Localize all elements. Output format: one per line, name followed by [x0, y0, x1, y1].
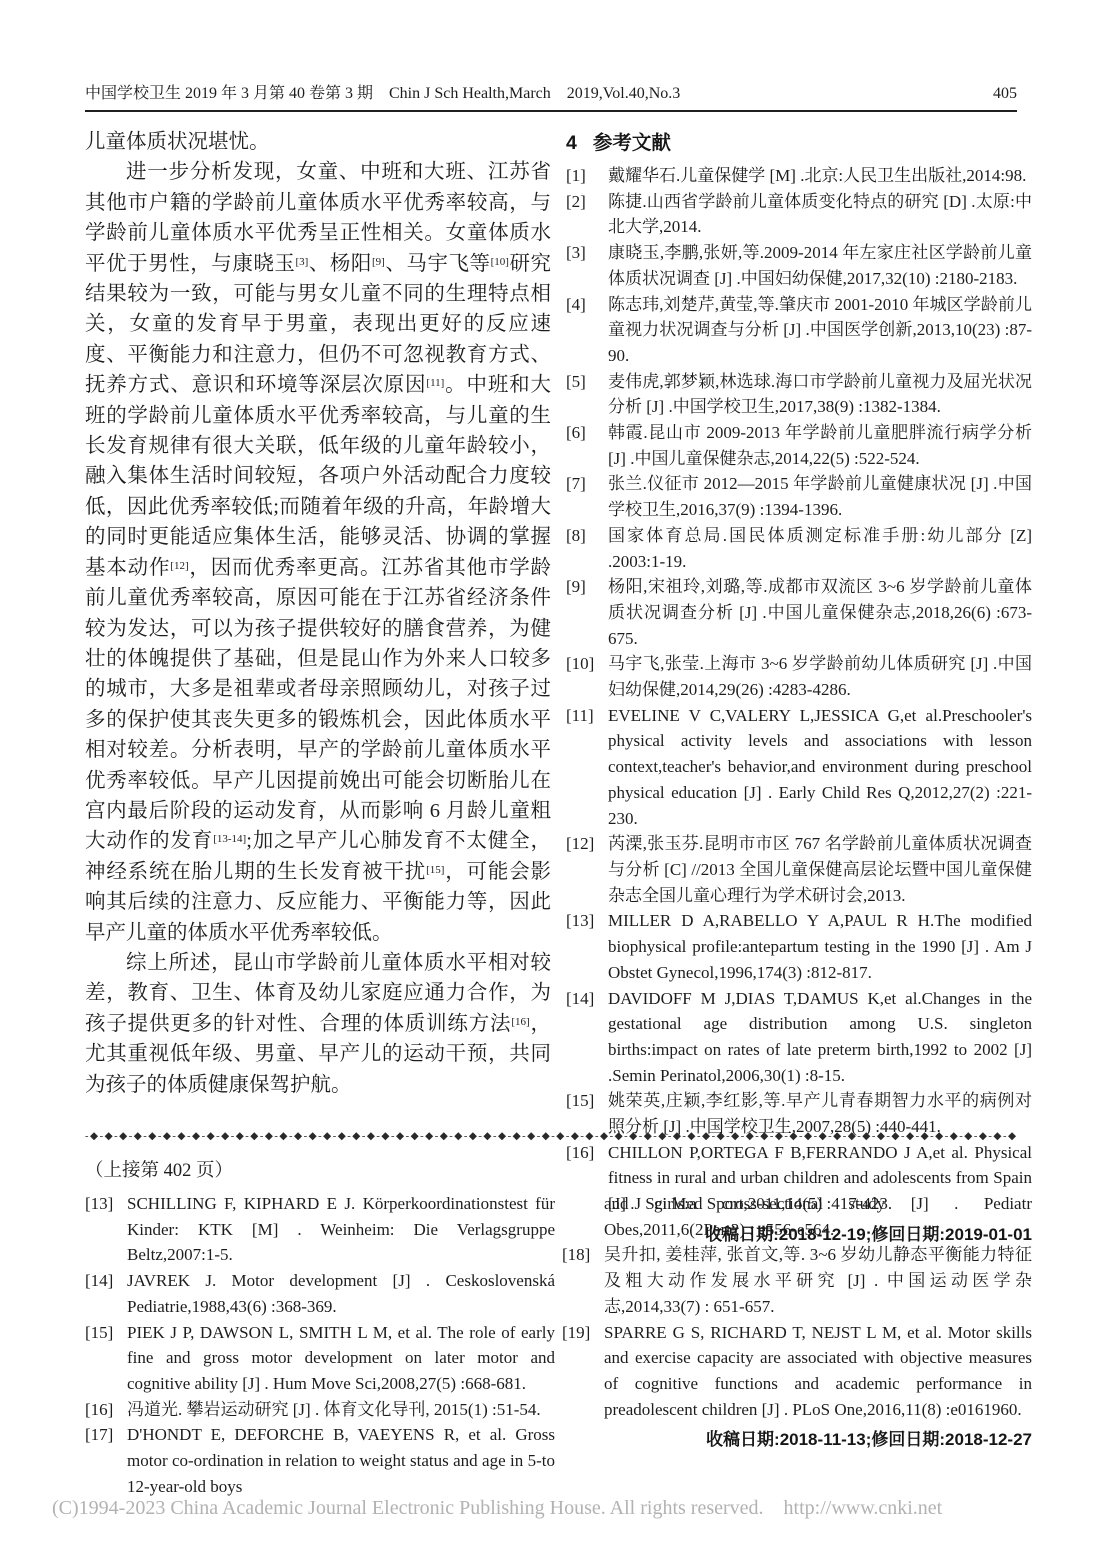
- reference-text: 马宇飞,张莹.上海市 3~6 岁学龄前幼儿体质研究 [J] .中国妇幼保健,20…: [608, 654, 1032, 699]
- reference-text: 杨阳,宋祖玲,刘璐,等.成都市双流区 3~6 岁学龄前儿童体质状况调查分析 [J…: [608, 577, 1032, 647]
- reference-number: [14]: [566, 986, 594, 1012]
- reference-item: [14]DAVIDOFF M J,DIAS T,DAMUS K,et al.Ch…: [566, 986, 1032, 1089]
- reference-number: [5]: [566, 369, 586, 395]
- reference-number: [14]: [85, 1268, 113, 1294]
- body-paragraph: 综上所述，昆山市学龄前儿童体质水平相对较差，教育、卫生、体育及幼儿家庭应通力合作…: [85, 948, 551, 1100]
- reference-text: 康晓玉,李鹏,张妍,等.2009-2014 年左家庄社区学龄前儿童体质状况调查 …: [608, 243, 1032, 288]
- page: 中国学校卫生 2019 年 3 月第 40 卷第 3 期 Chin J Sch …: [0, 0, 1102, 1559]
- page-header: 中国学校卫生 2019 年 3 月第 40 卷第 3 期 Chin J Sch …: [85, 80, 1017, 112]
- reference-number: [12]: [566, 831, 594, 857]
- reference-text: D'HONDT E, DEFORCHE B, VAEYENS R, et al.…: [127, 1425, 555, 1495]
- reference-number: [8]: [566, 523, 586, 549]
- reference-text: 国家体育总局.国民体质测定标准手册:幼儿部分 [Z] .2003:1-19.: [608, 526, 1032, 571]
- reference-text: SPARRE G S, RICHARD T, NEJST L M, et al.…: [604, 1323, 1032, 1419]
- citation-superscript: [16]: [511, 1016, 529, 1028]
- reference-item: [2]陈捷.山西省学龄前儿童体质变化特点的研究 [D] .太原:中北大学,201…: [566, 189, 1032, 240]
- reference-number: [7]: [566, 471, 586, 497]
- section-number: 4: [566, 132, 577, 154]
- reference-item: [17]D'HONDT E, DEFORCHE B, VAEYENS R, et…: [85, 1422, 555, 1499]
- page-number: 405: [993, 85, 1017, 103]
- reference-item: [14]JAVREK J. Motor development [J] . Ce…: [85, 1268, 555, 1319]
- reference-number: [4]: [566, 292, 586, 318]
- reference-number: [1]: [566, 163, 586, 189]
- reference-text: JAVREK J. Motor development [J] . Ceskos…: [127, 1271, 555, 1316]
- continued-left-column: [13]SCHILLING F, KIPHARD E J. Körperkoor…: [85, 1191, 555, 1499]
- reference-item: [4]陈志玮,刘楚芹,黄莹,等.肇庆市 2001-2010 年城区学龄前儿童视力…: [566, 292, 1032, 369]
- reference-number: [17]: [85, 1422, 113, 1448]
- reference-number: [10]: [566, 651, 594, 677]
- reference-item: [10]马宇飞,张莹.上海市 3~6 岁学龄前幼儿体质研究 [J] .中国妇幼保…: [566, 651, 1032, 702]
- citation-superscript: [9]: [372, 256, 385, 268]
- reference-item: [11]EVELINE V C,VALERY L,JESSICA G,et al…: [566, 703, 1032, 832]
- reference-item: [16]冯道光. 攀岩运动研究 [J] . 体育文化导刊, 2015(1) :5…: [85, 1397, 555, 1423]
- reference-number: [15]: [85, 1320, 113, 1346]
- reference-item: [3]康晓玉,李鹏,张妍,等.2009-2014 年左家庄社区学龄前儿童体质状况…: [566, 240, 1032, 291]
- reference-item: [13]MILLER D A,RABELLO Y A,PAUL R H.The …: [566, 908, 1032, 985]
- references-list: [1]戴耀华石.儿童保健学 [M] .北京:人民卫生出版社,2014:98.[2…: [566, 163, 1032, 1217]
- reference-number: [16]: [85, 1397, 113, 1423]
- section-title: 参考文献: [593, 132, 671, 154]
- reference-text: and girls:a cross-sectional study [J] . …: [604, 1194, 1032, 1239]
- citation-superscript: [13-14]: [213, 833, 246, 845]
- continued-right-column: and girls:a cross-sectional study [J] . …: [562, 1191, 1032, 1450]
- references-column: 4参考文献 [1]戴耀华石.儿童保健学 [M] .北京:人民卫生出版社,2014…: [566, 127, 1032, 1245]
- reference-item: [1]戴耀华石.儿童保健学 [M] .北京:人民卫生出版社,2014:98.: [566, 163, 1032, 189]
- page-footer: (C)1994-2023 China Academic Journal Elec…: [52, 1491, 1052, 1520]
- reference-item: [19]SPARRE G S, RICHARD T, NEJST L M, et…: [562, 1320, 1032, 1423]
- reference-text: 陈捷.山西省学龄前儿童体质变化特点的研究 [D] .太原:中北大学,2014.: [608, 192, 1032, 237]
- references-heading: 4参考文献: [566, 127, 1032, 155]
- receipt-dates-2: 收稿日期:2018-11-13;修回日期:2018-12-27: [562, 1425, 1032, 1450]
- reference-number: [6]: [566, 420, 586, 446]
- journal-header-line: 中国学校卫生 2019 年 3 月第 40 卷第 3 期 Chin J Sch …: [85, 80, 680, 103]
- reference-text: MILLER D A,RABELLO Y A,PAUL R H.The modi…: [608, 911, 1032, 981]
- reference-text: 冯道光. 攀岩运动研究 [J] . 体育文化导刊, 2015(1) :51-54…: [127, 1400, 541, 1419]
- reference-text: 陈志玮,刘楚芹,黄莹,等.肇庆市 2001-2010 年城区学龄前儿童视力状况调…: [608, 295, 1032, 365]
- reference-item: [12]芮溧,张玉芬.昆明市市区 767 名学龄前儿童体质状况调查与分析 [C]…: [566, 831, 1032, 908]
- reference-text: 韩霞.昆山市 2009-2013 年学龄前儿童肥胖流行病学分析 [J] .中国儿…: [608, 423, 1032, 468]
- reference-item: [5]麦伟虎,郭梦颖,林选球.海口市学龄前儿童视力及屈光状况分析 [J] .中国…: [566, 369, 1032, 420]
- reference-text: DAVIDOFF M J,DIAS T,DAMUS K,et al.Change…: [608, 989, 1032, 1085]
- reference-number: [18]: [562, 1242, 590, 1268]
- reference-item: [9]杨阳,宋祖玲,刘璐,等.成都市双流区 3~6 岁学龄前儿童体质状况调查分析…: [566, 574, 1032, 651]
- reference-item: and girls:a cross-sectional study [J] . …: [562, 1191, 1032, 1242]
- reference-text: EVELINE V C,VALERY L,JESSICA G,et al.Pre…: [608, 706, 1032, 828]
- citation-superscript: [12]: [170, 560, 188, 572]
- body-left-column: 儿童体质状况堪忧。进一步分析发现，女童、中班和大班、江苏省其他市户籍的学龄前儿童…: [85, 127, 551, 1100]
- reference-number: [13]: [85, 1191, 113, 1217]
- reference-number: [2]: [566, 189, 586, 215]
- reference-item: [6]韩霞.昆山市 2009-2013 年学龄前儿童肥胖流行病学分析 [J] .…: [566, 420, 1032, 471]
- reference-number: [9]: [566, 574, 586, 600]
- continued-right-list: and girls:a cross-sectional study [J] . …: [562, 1191, 1032, 1422]
- reference-text: 芮溧,张玉芬.昆明市市区 767 名学龄前儿童体质状况调查与分析 [C] //2…: [608, 834, 1032, 904]
- citation-superscript: [10]: [491, 256, 509, 268]
- reference-text: 麦伟虎,郭梦颖,林选球.海口市学龄前儿童视力及屈光状况分析 [J] .中国学校卫…: [608, 372, 1032, 417]
- reference-item: [13]SCHILLING F, KIPHARD E J. Körperkoor…: [85, 1191, 555, 1268]
- citation-superscript: [15]: [426, 864, 444, 876]
- reference-item: [8]国家体育总局.国民体质测定标准手册:幼儿部分 [Z] .2003:1-19…: [566, 523, 1032, 574]
- reference-item: [15]PIEK J P, DAWSON L, SMITH L M, et al…: [85, 1320, 555, 1397]
- citation-superscript: [11]: [426, 377, 444, 389]
- reference-item: [18]吴升扣, 姜桂萍, 张首文,等. 3~6 岁幼儿静态平衡能力特征及粗大动…: [562, 1242, 1032, 1319]
- section-divider: -◆-◆-◆-◆-◆-◆-◆-◆-◆-◆-◆-◆-◆-◆-◆-◆-◆-◆-◆-◆…: [85, 1130, 1017, 1146]
- body-paragraph: 儿童体质状况堪忧。: [85, 127, 551, 157]
- reference-text: PIEK J P, DAWSON L, SMITH L M, et al. Th…: [127, 1323, 555, 1393]
- reference-text: 吴升扣, 姜桂萍, 张首文,等. 3~6 岁幼儿静态平衡能力特征及粗大动作发展水…: [604, 1245, 1032, 1315]
- citation-superscript: [3]: [295, 256, 308, 268]
- reference-number: [11]: [566, 703, 594, 729]
- reference-number: [19]: [562, 1320, 590, 1346]
- reference-text: SCHILLING F, KIPHARD E J. Körperkoordina…: [127, 1194, 555, 1264]
- reference-item: [7]张兰.仪征市 2012—2015 年学龄前儿童健康状况 [J] .中国学校…: [566, 471, 1032, 522]
- reference-text: 张兰.仪征市 2012—2015 年学龄前儿童健康状况 [J] .中国学校卫生,…: [608, 474, 1032, 519]
- continued-from-label: （上接第 402 页）: [85, 1156, 233, 1182]
- reference-number: [13]: [566, 908, 594, 934]
- body-paragraph: 进一步分析发现，女童、中班和大班、江苏省其他市户籍的学龄前儿童体质水平优秀率较高…: [85, 157, 551, 948]
- reference-number: [3]: [566, 240, 586, 266]
- reference-text: 戴耀华石.儿童保健学 [M] .北京:人民卫生出版社,2014:98.: [608, 166, 1026, 185]
- reference-number: [15]: [566, 1088, 594, 1114]
